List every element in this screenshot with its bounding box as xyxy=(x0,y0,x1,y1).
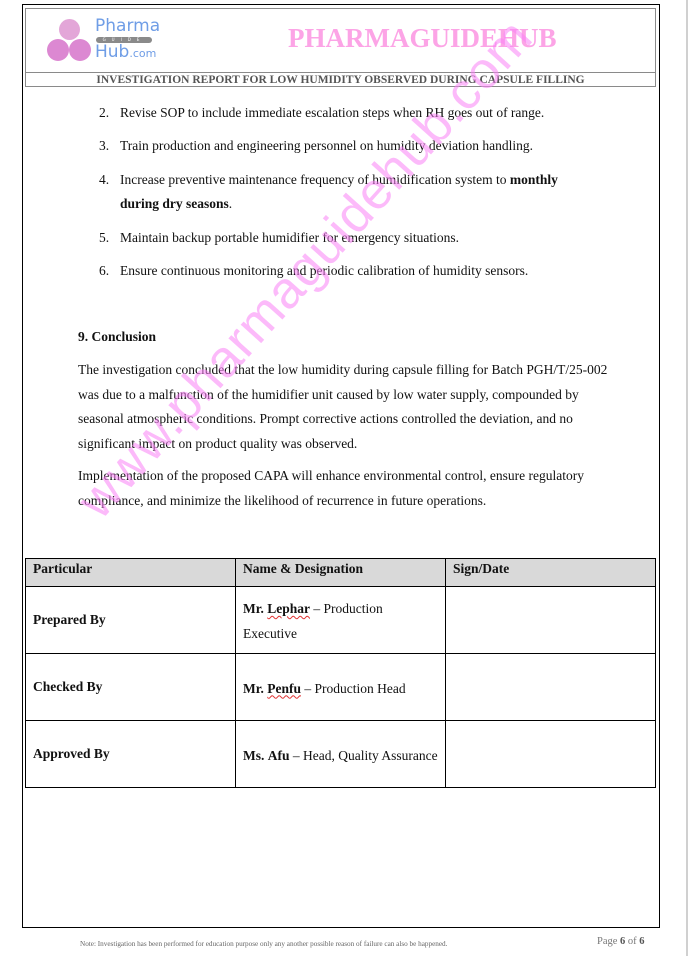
list-text: Train production and engineering personn… xyxy=(120,134,590,158)
logo-circle-icon xyxy=(47,39,69,61)
table-row: Checked By Mr. Penfu – Production Head xyxy=(26,654,656,721)
column-header: Sign/Date xyxy=(446,559,656,587)
logo-word-pharma: Pharma xyxy=(95,17,160,35)
logo-circle-icon xyxy=(59,19,80,40)
list-number: 2. xyxy=(99,101,109,125)
logo-hub-text: Hub xyxy=(95,42,129,62)
column-header: Particular xyxy=(26,559,236,587)
table-row: Prepared By Mr. Lephar – Production Exec… xyxy=(26,587,656,654)
logo-dotcom-text: .com xyxy=(129,47,156,60)
person-name: Lephar xyxy=(267,601,310,616)
person-name: Penfu xyxy=(267,681,301,696)
person-title: Mr. xyxy=(243,681,264,696)
conclusion-heading: 9. Conclusion xyxy=(78,327,156,347)
page-label: Page xyxy=(597,936,617,947)
column-header: Name & Designation xyxy=(235,559,445,587)
sign-date-cell[interactable] xyxy=(446,721,656,788)
report-title: INVESTIGATION REPORT FOR LOW HUMIDITY OB… xyxy=(26,74,655,86)
signoff-table: Particular Name & Designation Sign/Date … xyxy=(25,558,656,788)
list-number: 5. xyxy=(99,226,109,250)
particular-cell: Approved By xyxy=(26,721,236,788)
list-number: 3. xyxy=(99,134,109,158)
pharmaguidehub-logo: Pharma GUIDE Hub.com xyxy=(46,17,166,65)
logo-word-hub: Hub.com xyxy=(95,43,156,63)
page-current: 6 xyxy=(620,936,625,947)
list-text: Increase preventive maintenance frequenc… xyxy=(120,168,590,216)
designation: – Production Head xyxy=(301,681,406,696)
conclusion-paragraph: The investigation concluded that the low… xyxy=(78,358,618,456)
list-text: Maintain backup portable humidifier for … xyxy=(120,226,590,250)
list-text: Revise SOP to include immediate escalati… xyxy=(120,101,590,125)
sign-date-cell[interactable] xyxy=(446,654,656,721)
table-header-row: Particular Name & Designation Sign/Date xyxy=(26,559,656,587)
list-text-part: Increase preventive maintenance frequenc… xyxy=(120,172,510,187)
person-name: Afu xyxy=(268,748,290,763)
page-total: 6 xyxy=(639,936,644,947)
list-text-part: . xyxy=(229,196,232,211)
person-title: Mr. xyxy=(243,601,264,616)
page-of: of xyxy=(628,936,637,947)
page-number: Page 6 of 6 xyxy=(597,936,645,947)
sign-date-cell[interactable] xyxy=(446,587,656,654)
list-number: 6. xyxy=(99,259,109,283)
person-title: Ms. xyxy=(243,748,264,763)
conclusion-paragraph: Implementation of the proposed CAPA will… xyxy=(78,464,618,513)
name-designation-cell: Mr. Lephar – Production Executive xyxy=(235,587,445,654)
designation: – Production Executive xyxy=(243,601,383,641)
header-divider xyxy=(26,72,655,73)
list-text: Ensure continuous monitoring and periodi… xyxy=(120,259,590,283)
logo-circle-icon xyxy=(69,39,91,61)
particular-cell: Prepared By xyxy=(26,587,236,654)
list-number: 4. xyxy=(99,168,109,192)
particular-cell: Checked By xyxy=(26,654,236,721)
table-row: Approved By Ms. Afu – Head, Quality Assu… xyxy=(26,721,656,788)
designation: – Head, Quality Assurance xyxy=(290,748,438,763)
name-designation-cell: Mr. Penfu – Production Head xyxy=(235,654,445,721)
page-header: Pharma GUIDE Hub.com PHARMAGUIDEHUB INVE… xyxy=(25,8,656,87)
brand-title: PHARMAGUIDEHUB xyxy=(288,23,557,54)
name-designation-cell: Ms. Afu – Head, Quality Assurance xyxy=(235,721,445,788)
footer-note: Note: Investigation has been performed f… xyxy=(80,940,447,948)
